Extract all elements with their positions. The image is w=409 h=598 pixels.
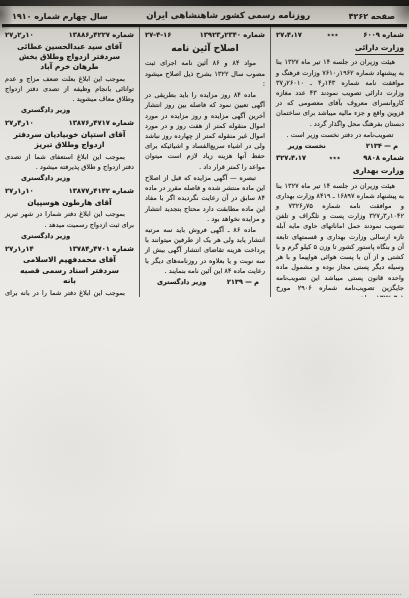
- ministry-health-heading: وزارت بهداری: [353, 165, 404, 178]
- notice-addressee: آقای هارطون هوسپیان: [13, 198, 126, 208]
- notice-body: بموجب این ابلاغ دفتر شما را در بانه برای…: [5, 288, 134, 297]
- notice-signature: وزیر دادگستری: [5, 173, 134, 186]
- decree-date: ۳۲۷،۴،۱۷: [276, 153, 306, 164]
- notice-signature: وزیر دادگستری: [5, 231, 134, 244]
- masthead-title: روزنامه رسمی کشور شاهنشاهی ایران: [146, 11, 310, 21]
- notice-header-row: شماره ۴۱۴۲ر۱۳۸۷۷ ۱۰ر۱ر۲۷: [5, 186, 134, 197]
- notice-body: بموجب این ابلاغ استعفای شما از تصدی دفتر…: [5, 152, 134, 172]
- notice-addressee: آقای سید عبدالحسین عطائی سردفتر ازدواج و…: [13, 42, 126, 73]
- notice-addressee: آقای استپان خوبیادیان سردفتر ازدواج وطلا…: [13, 130, 126, 151]
- signature-title: نخست وزیر: [288, 141, 326, 151]
- notice-signature: وزیر دادگستری: [5, 105, 134, 118]
- masthead-page-number: صفحه ۴۲۶۲: [349, 12, 395, 21]
- notice-body: بموجب این ابلاغ دفتر شمارا در شهر تبریز …: [5, 209, 134, 229]
- decree-health-body: هیئت وزیران در جلسه ۱۴ تیر ماه ۱۳۲۷ بنا …: [276, 181, 404, 297]
- ministry-finance-heading: وزارت دارائی: [355, 42, 404, 55]
- bylaw-number: شماره ۲۳۴۰ر۱۳۹۲۳: [200, 30, 265, 41]
- notice-number: شماره ۴۲۲۷ر۱۳۸۸۶: [69, 30, 134, 41]
- bylaw-paragraph: تبصره — آگهی مزایده که قبل از اصلاح این …: [145, 173, 265, 224]
- notice-item: شماره ۴۷۱۷ر۱۳۸۷۶ ۱۰ر۴ر۲۷ آقای استپان خوب…: [5, 118, 134, 186]
- masthead-issue-number: سال چهارم شماره ۱۹۱۰: [12, 12, 108, 21]
- notice-number: شماره ۴۷۱۷ر۱۳۸۷۶: [69, 118, 134, 129]
- notice-date: ۱۰ر۱ر۲۷: [5, 186, 34, 197]
- scan-smudge-right: [391, 4, 409, 30]
- signature-title: وزیر دادگستری: [157, 277, 206, 287]
- decree-finance-signature: م — ۲۱۳۴ نخست وزیر: [276, 141, 404, 153]
- notice-addressee: آقای محمدفهیم الاسلامی سردفتر اسناد رسمی…: [13, 255, 126, 286]
- scan-top-edge: [0, 0, 409, 6]
- bylaw-paragraph: مواد ۸۴ و ۸۶ آئین نامه اجرای ثبت مصوب سا…: [145, 58, 265, 89]
- decree-header-row: شماره ۶۰۰۹ ٭٭٭ ۲۷،۴،۱۷: [276, 30, 404, 41]
- bylaw-date: ۲۷-۴-۱۶: [145, 30, 171, 41]
- decree-number: شماره ۶۰۰۹: [363, 30, 404, 41]
- decree-header-row: شماره ۹۸۰۸ ٭٭٭ ۳۲۷،۴،۱۷: [276, 153, 404, 164]
- notice-date: ۱۴ر۱ر۲۷: [5, 244, 34, 255]
- decree-date: ۲۷،۴،۱۷: [276, 30, 302, 41]
- bylaw-signature: م — ۲۱۳۹ وزیر دادگستری: [145, 277, 265, 289]
- column-notices: شماره ۴۲۲۷ر۱۳۸۸۶ ۱۰ر۲ر۲۷ آقای سید عبدالح…: [0, 27, 139, 297]
- registry-number: م — ۲۱۳۴: [366, 141, 398, 151]
- ministry-heading-wrap: وزارت بهداری: [276, 165, 404, 178]
- column-bylaw: شماره ۲۳۴۰ر۱۳۹۲۳ ۲۷-۴-۱۶ اصلاح آئین نامه…: [139, 27, 271, 297]
- notice-body: بموجب این ابلاغ بعلت ضعف مزاج و عدم توان…: [5, 74, 134, 105]
- gazette-page: صفحه ۴۲۶۲ روزنامه رسمی کشور شاهنشاهی ایر…: [0, 0, 409, 598]
- bylaw-paragraph: ماده ۸۶ ـ آگهی فروش باید سه مرتبه انتشار…: [145, 225, 265, 276]
- notice-header-row: شماره ۴۷۰۱ر۱۳۷۸۴ ۱۴ر۱ر۲۷: [5, 244, 134, 255]
- notice-item: شماره ۴۷۰۱ر۱۳۷۸۴ ۱۴ر۱ر۲۷ آقای محمدفهیم ا…: [5, 244, 134, 297]
- decree-number: شماره ۹۸۰۸: [363, 153, 404, 164]
- bylaw-title: اصلاح آئین نامه: [145, 43, 265, 57]
- column-decrees: شماره ۶۰۰۹ ٭٭٭ ۲۷،۴،۱۷ وزارت دارائی هیئت…: [271, 27, 409, 297]
- content-columns: شماره ۶۰۰۹ ٭٭٭ ۲۷،۴،۱۷ وزارت دارائی هیئت…: [0, 27, 409, 297]
- notice-date: ۱۰ر۴ر۲۷: [5, 118, 34, 129]
- notice-item: شماره ۴۱۴۲ر۱۳۸۷۷ ۱۰ر۱ر۲۷ آقای هارطون هوس…: [5, 186, 134, 244]
- bylaw-paragraph: ماده ۸۴ روز مزایده را باید بطریقی در آگه…: [145, 90, 265, 172]
- registry-number: م — ۲۱۳۹: [227, 277, 259, 287]
- decree-finance-body: هیئت وزیران در جلسه ۱۴ تیر ماه ۱۳۲۷ بنا …: [276, 57, 404, 129]
- scan-bottom-edge: [34, 594, 401, 595]
- decree-finance-note: تصویب‌نامه در دفتر نخست وزیر است .: [276, 130, 404, 140]
- notice-header-row: شماره ۴۲۲۷ر۱۳۸۸۶ ۱۰ر۲ر۲۷: [5, 30, 134, 41]
- star-separator-icon: ٭٭٭: [327, 30, 338, 41]
- notice-header-row: شماره ۴۷۱۷ر۱۳۸۷۶ ۱۰ر۴ر۲۷: [5, 118, 134, 129]
- notice-number: شماره ۴۱۴۲ر۱۳۸۷۷: [69, 186, 134, 197]
- ministry-heading-wrap: وزارت دارائی: [276, 42, 404, 55]
- star-separator-icon: ٭٭٭: [329, 153, 340, 164]
- notice-number: شماره ۴۷۰۱ر۱۳۷۸۴: [69, 244, 134, 255]
- bylaw-header-row: شماره ۲۳۴۰ر۱۳۹۲۳ ۲۷-۴-۱۶: [145, 30, 265, 41]
- notice-item: شماره ۴۲۲۷ر۱۳۸۸۶ ۱۰ر۲ر۲۷ آقای سید عبدالح…: [5, 30, 134, 118]
- scan-smudge-left: [0, 4, 14, 38]
